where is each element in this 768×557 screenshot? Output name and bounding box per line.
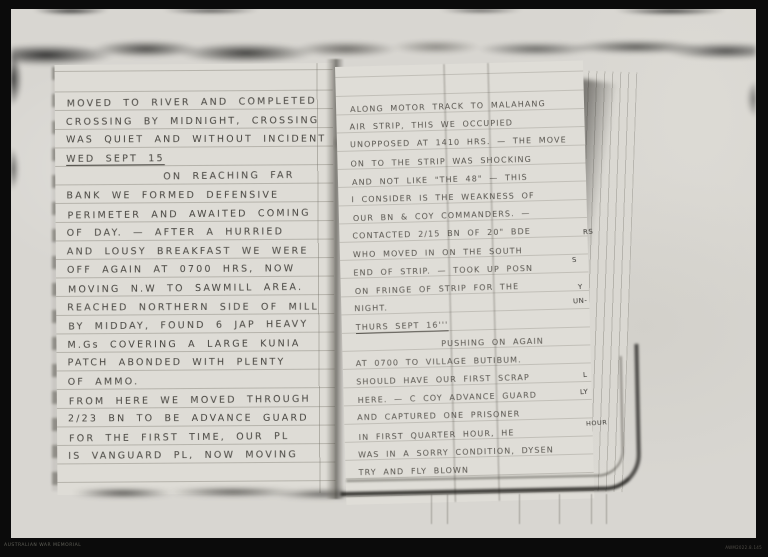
left-page-bottom-smudge — [63, 486, 345, 501]
diary-left-page: MOVED TO RIVER AND COMPLETEDCROSSING BY … — [55, 63, 336, 495]
streak-mark — [559, 494, 560, 524]
handwriting-line: M.Gs COVERING A LARGE KUNIA — [67, 335, 329, 355]
left-page-handwriting: MOVED TO RIVER AND COMPLETEDCROSSING BY … — [66, 93, 331, 467]
archive-reference-number: AWM2022.8.145 — [725, 545, 762, 550]
handwriting-line: MOVING N.W TO SAWMILL AREA. — [68, 278, 330, 300]
photo-frame: MOVED TO RIVER AND COMPLETEDCROSSING BY … — [0, 0, 768, 557]
edge-fragment-text: LY — [580, 388, 589, 397]
photograph: MOVED TO RIVER AND COMPLETEDCROSSING BY … — [11, 9, 756, 538]
streak-mark — [431, 494, 432, 524]
streak-mark — [606, 494, 607, 524]
handwriting-line: OF AMMO. — [68, 372, 330, 392]
handwriting-line: PERIMETER AND AWAITED COMING — [67, 204, 329, 226]
handwriting-line: PATCH ABONDED WITH PLENTY — [68, 354, 330, 374]
archive-caption: AUSTRALIAN WAR MEMORIAL — [4, 543, 81, 548]
edge-fragment-text: UN- — [573, 297, 588, 306]
edge-fragment-text: HOUR — [586, 418, 608, 427]
handwriting-line: OF DAY. — AFTER A HURRIED — [67, 223, 329, 243]
edge-fragment-text: L — [583, 371, 588, 379]
handwriting-line: FOR THE FIRST TIME, OUR PL — [69, 427, 331, 449]
edge-fragment-text: Y — [578, 283, 583, 291]
handwriting-line: FROM HERE WE MOVED THROUGH — [69, 390, 331, 412]
handwriting-line: ON REACHING FAR — [67, 167, 329, 189]
handwriting-line: MOVED TO RIVER AND COMPLETED — [67, 92, 329, 114]
streak-mark — [591, 494, 592, 524]
handwriting-line: BY MIDDAY, FOUND 6 JAP HEAVY — [68, 316, 330, 338]
handwriting-line: 2/23 BN TO BE ADVANCE GUARD — [68, 410, 330, 430]
edge-fragment-text: RS — [583, 228, 594, 237]
handwriting-line: IS VANGUARD PL, NOW MOVING — [68, 446, 330, 466]
streak-mark — [447, 494, 448, 524]
streak-mark — [519, 494, 520, 524]
handwriting-line: REACHED NORTHERN SIDE OF MILL — [67, 298, 329, 318]
handwriting-line: AND LOUSY BREAKFAST WE WERE — [67, 242, 329, 262]
handwriting-line: BANK WE FORMED DEFENSIVE — [66, 186, 328, 206]
handwriting-line: WAS QUIET AND WITHOUT INCIDENT — [66, 131, 328, 151]
handwriting-line: CROSSING BY MIDNIGHT, CROSSING — [66, 112, 328, 132]
handwriting-line: OFF AGAIN AT 0700 HRS, NOW — [67, 260, 329, 280]
edge-fragment-text: S — [572, 256, 577, 264]
